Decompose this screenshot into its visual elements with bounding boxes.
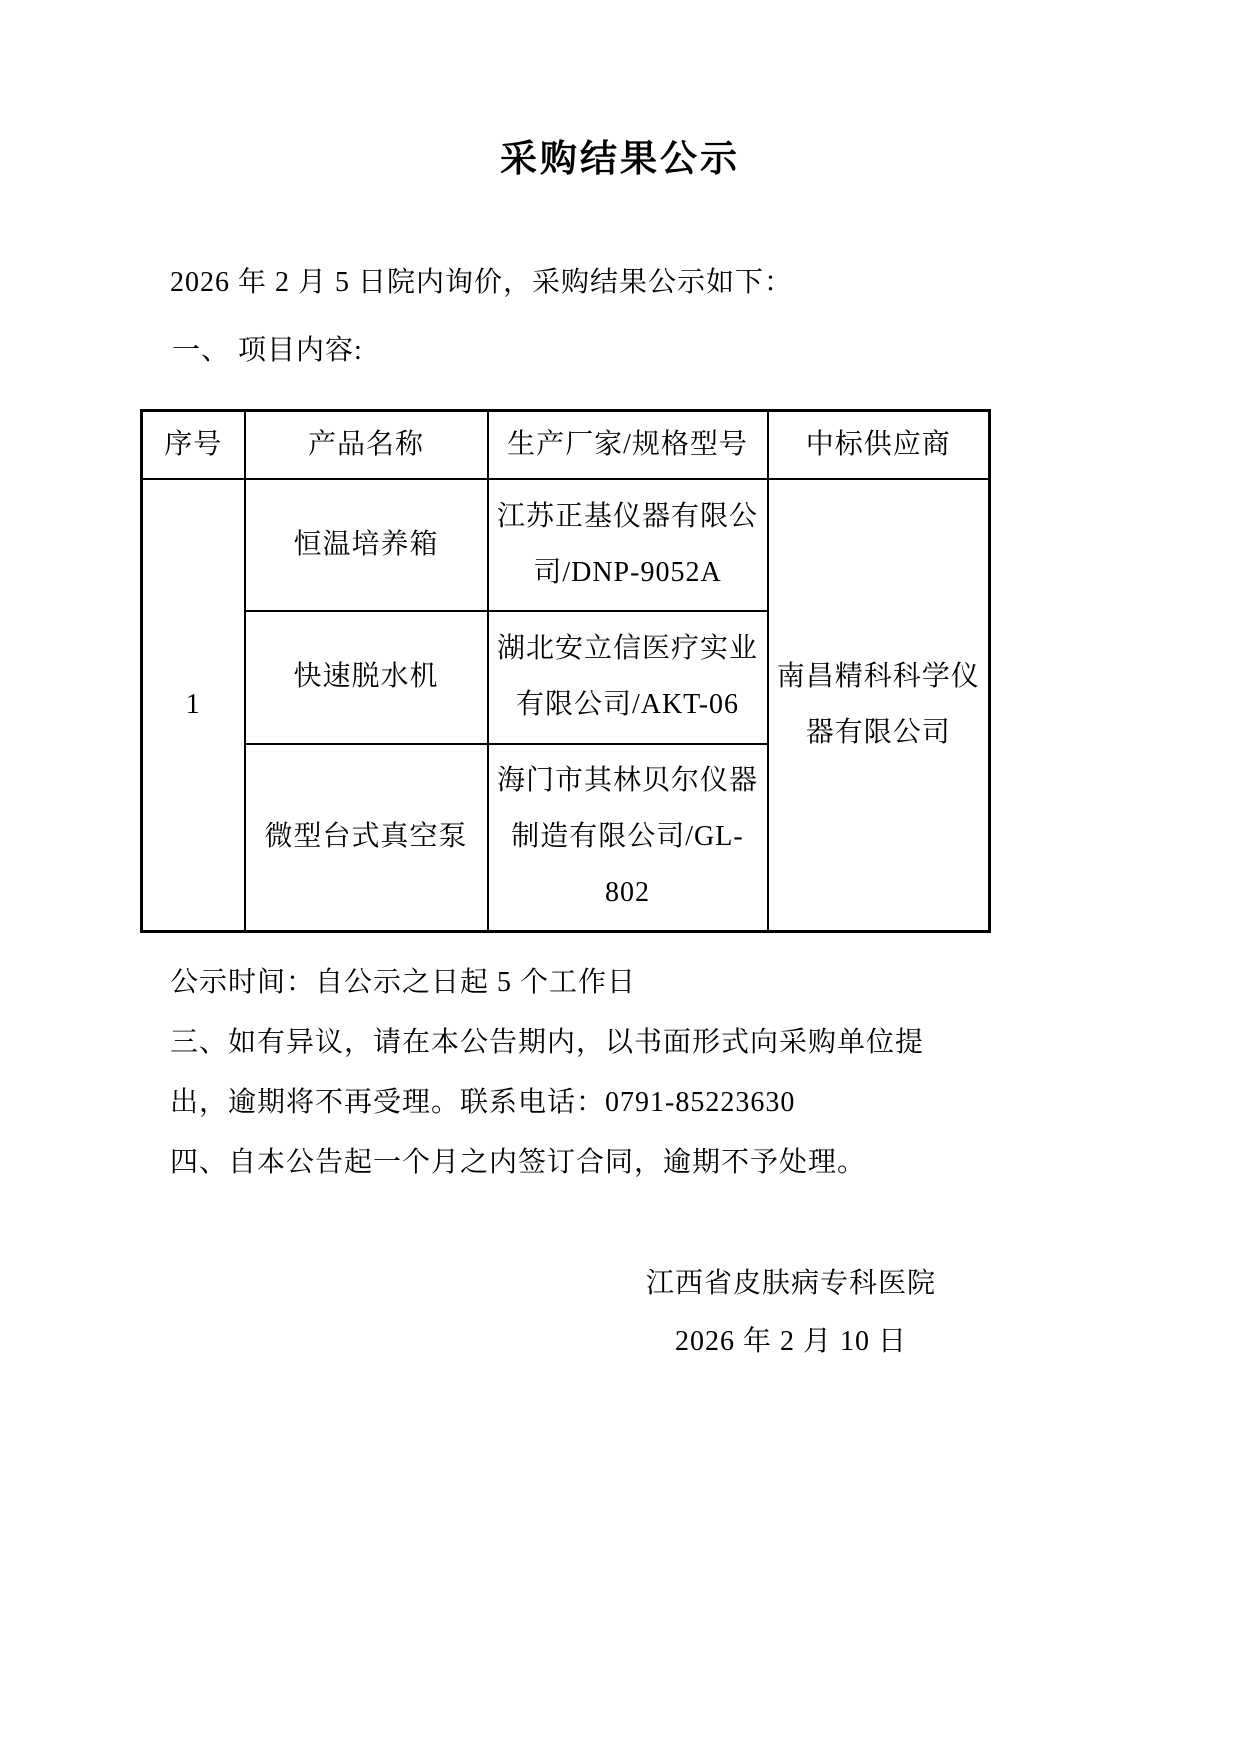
col-header-supplier: 中标供应商 <box>768 411 990 479</box>
document-page: 采购结果公示 2026 年 2 月 5 日院内询价，采购结果公示如下： 一、 项… <box>0 0 1240 1754</box>
cell-manufacturer-model: 江苏正基仪器有限公司/DNP-9052A <box>488 479 768 611</box>
cell-serial-number: 1 <box>142 479 245 932</box>
col-header-product: 产品名称 <box>245 411 488 479</box>
procurement-results-table: 序号 产品名称 生产厂家/规格型号 中标供应商 1 恒温培养箱 江苏正基仪器有限… <box>140 409 991 933</box>
col-header-serial: 序号 <box>142 411 245 479</box>
objection-clause-line2: 出，逾期将不再受理。联系电话：0791-85223630 <box>140 1073 1100 1133</box>
cell-product-name: 微型台式真空泵 <box>245 744 488 932</box>
table-row: 1 恒温培养箱 江苏正基仪器有限公司/DNP-9052A 南昌精科科学仪器有限公… <box>142 479 990 611</box>
page-title: 采购结果公示 <box>140 135 1100 185</box>
cell-winning-supplier: 南昌精科科学仪器有限公司 <box>768 479 990 932</box>
objection-clause-line1: 三、如有异议，请在本公告期内，以书面形式向采购单位提 <box>140 1013 1100 1073</box>
cell-product-name: 快速脱水机 <box>245 611 488 744</box>
col-header-manufacturer: 生产厂家/规格型号 <box>488 411 768 479</box>
cell-manufacturer-model: 湖北安立信医疗实业有限公司/AKT-06 <box>488 611 768 744</box>
intro-paragraph: 2026 年 2 月 5 日院内询价，采购结果公示如下： <box>140 263 1100 303</box>
contract-clause-line: 四、自本公告起一个月之内签订合同，逾期不予处理。 <box>140 1133 1100 1193</box>
signature-block: 江西省皮肤病专科医院 2026 年 2 月 10 日 <box>640 1255 942 1371</box>
cell-manufacturer-model: 海门市其林贝尔仪器制造有限公司/GL-802 <box>488 744 768 932</box>
section-heading-project-content: 一、 项目内容: <box>140 331 1100 371</box>
issuing-organization: 江西省皮肤病专科医院 <box>640 1255 942 1313</box>
notice-period-line: 公示时间：自公示之日起 5 个工作日 <box>140 953 1100 1013</box>
notes-section: 公示时间：自公示之日起 5 个工作日 三、如有异议，请在本公告期内，以书面形式向… <box>140 953 1100 1193</box>
cell-product-name: 恒温培养箱 <box>245 479 488 611</box>
issue-date: 2026 年 2 月 10 日 <box>640 1313 942 1371</box>
table-header-row: 序号 产品名称 生产厂家/规格型号 中标供应商 <box>142 411 990 479</box>
